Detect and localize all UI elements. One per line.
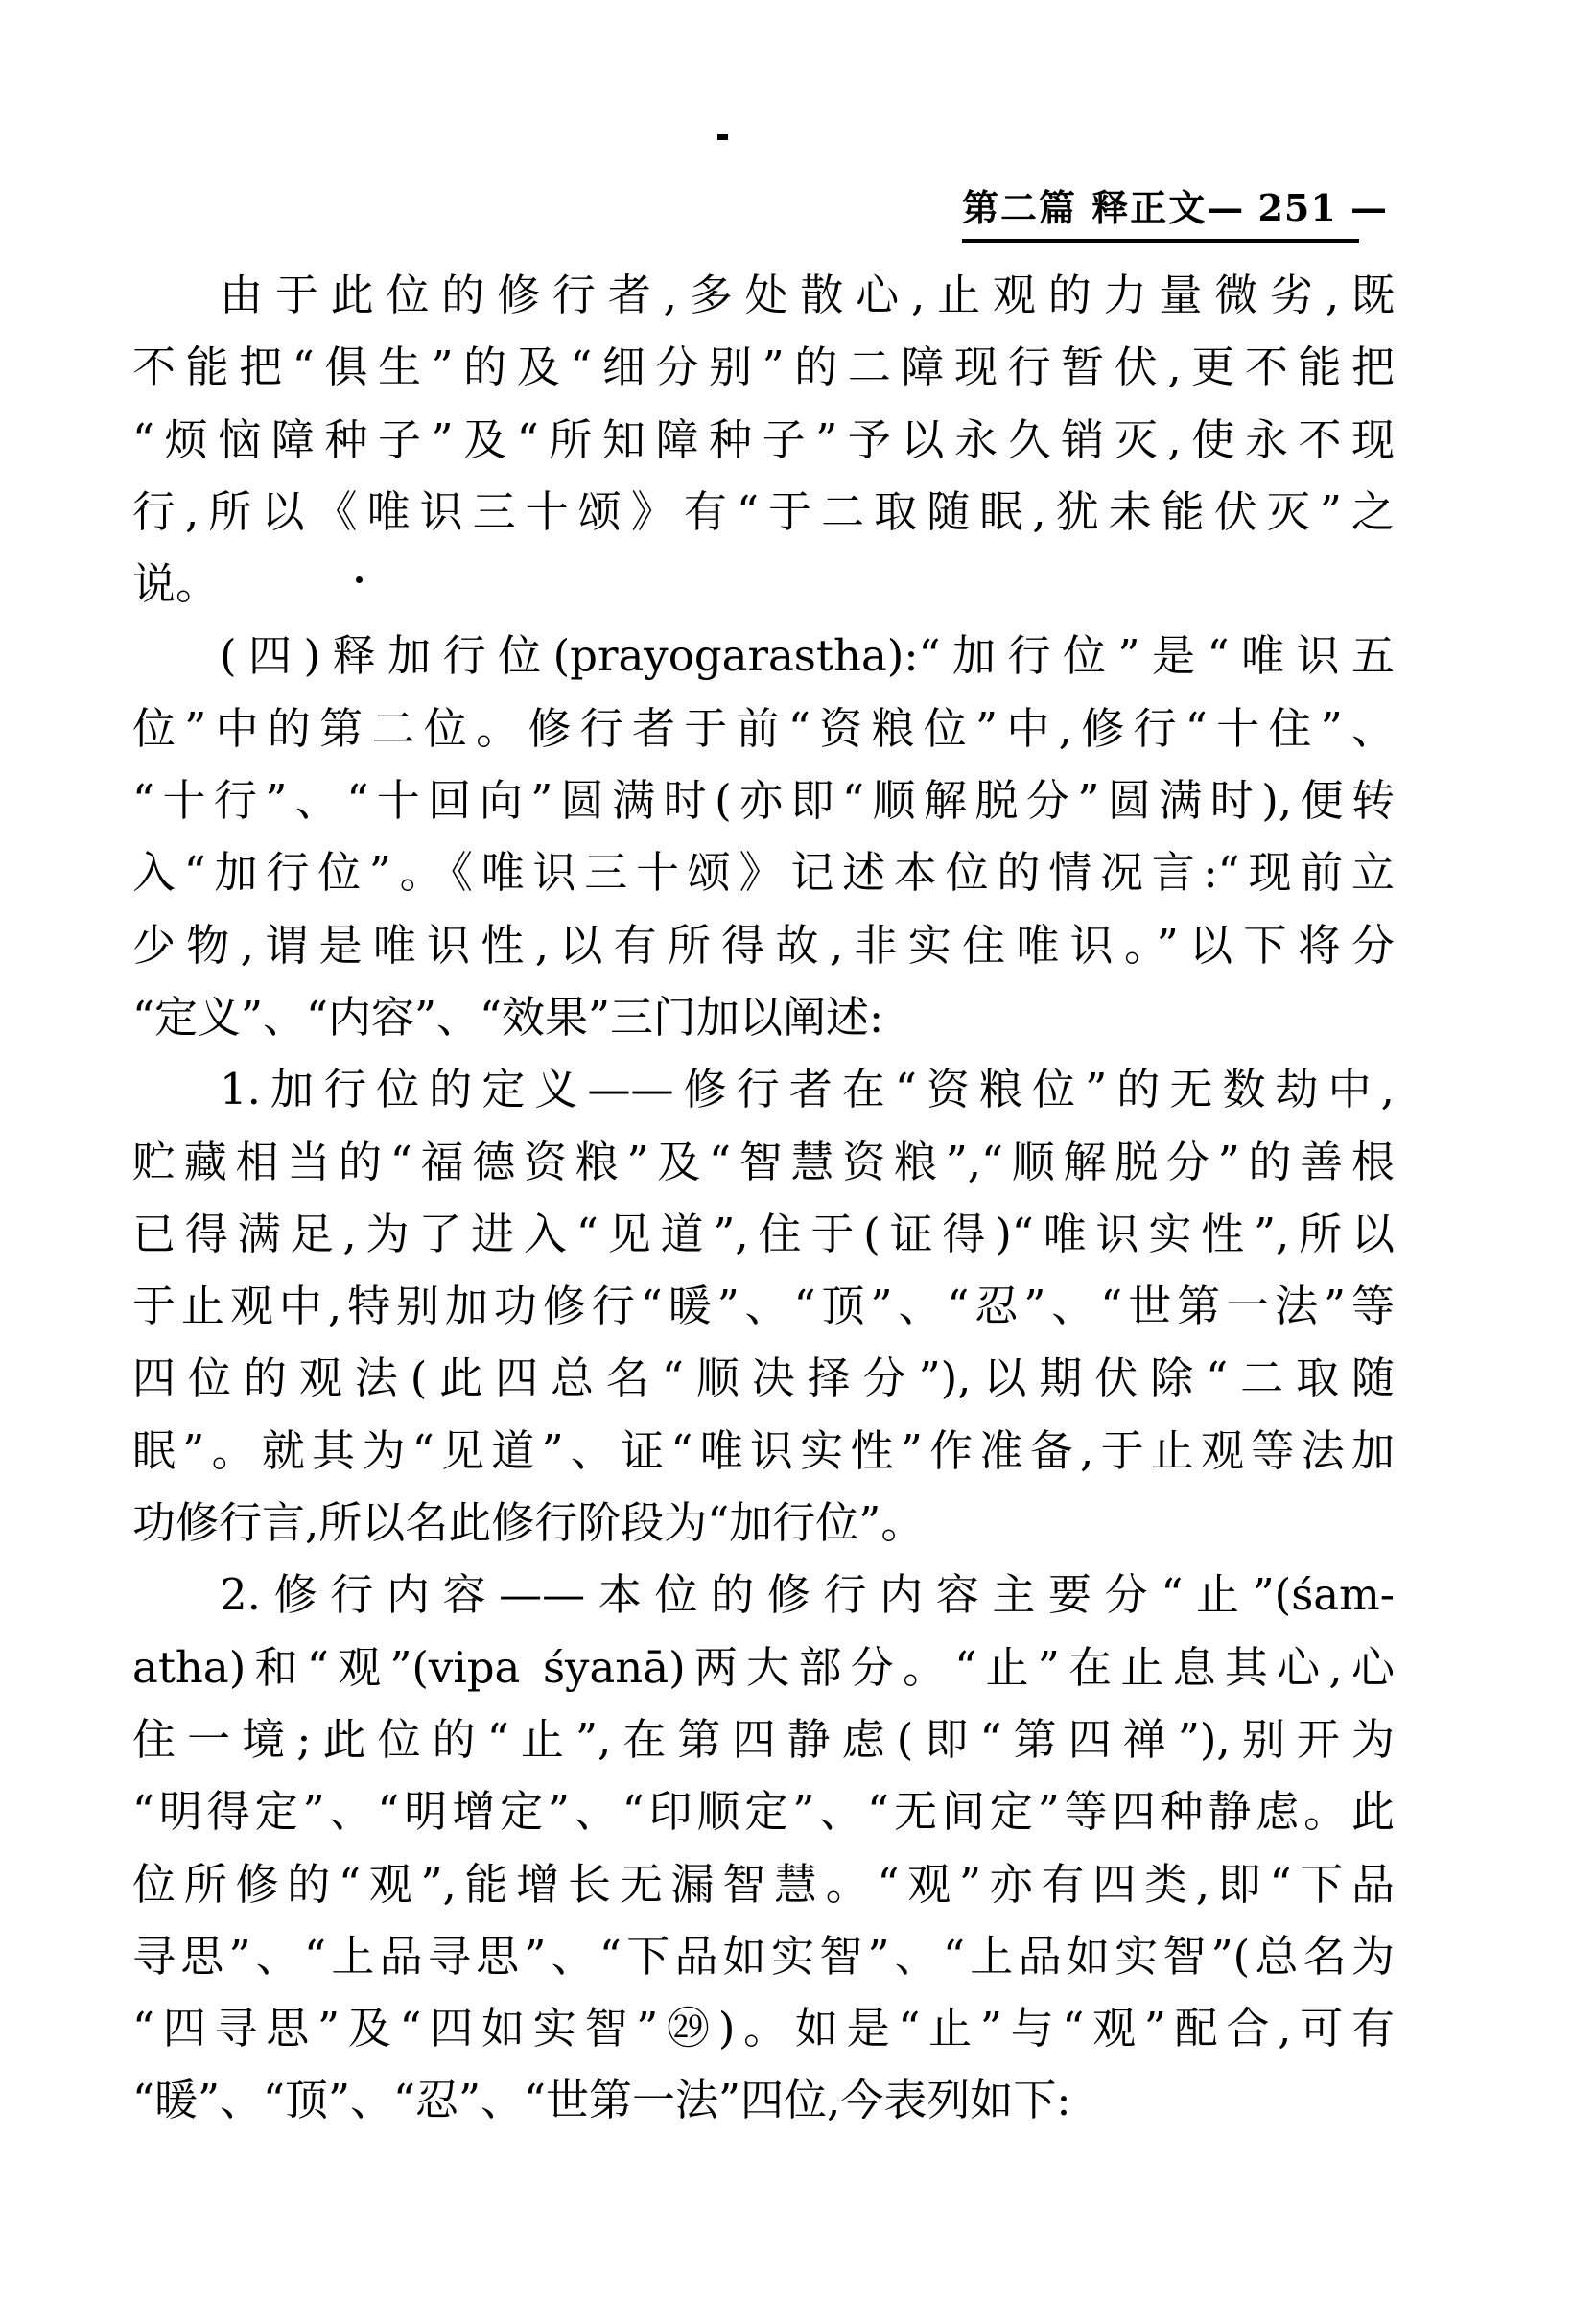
page-header: 第二篇 释正文 — 251 —	[962, 178, 1359, 243]
text-line: 1.加行位的定义——修行者在“资粮位”的无数劫中,	[132, 1053, 1395, 1125]
text-line: “十行”、“十回向”圆满时(亦即“顺解脱分”圆满时),便转	[132, 764, 1395, 836]
text-line: 说。	[132, 548, 1395, 620]
text-line: atha)和“观”(vipa śyanā)两大部分。“止”在止息其心,心	[132, 1632, 1395, 1703]
text-line: 贮藏相当的“福德资粮”及“智慧资粮”,“顺解脱分”的善根	[132, 1126, 1395, 1198]
text-line: 住一境;此位的“止”,在第四静虑(即“第四禅”),别开为	[132, 1703, 1395, 1775]
text-line: 入“加行位”。《唯识三十颂》记述本位的情况言:“现前立	[132, 836, 1395, 908]
text-line: 寻思”、“上品寻思”、“下品如实智”、“上品如实智”(总名为	[132, 1920, 1395, 1992]
text-line: 由于此位的修行者,多处散心,止观的力量微劣,既	[132, 259, 1395, 331]
text-line: 功修行言,所以名此修行阶段为“加行位”。	[132, 1487, 1395, 1559]
page-number: — 251 —	[1207, 186, 1388, 229]
text-line: 少物,谓是唯识性,以有所得故,非实住唯识。”以下将分	[132, 909, 1395, 981]
text-line: “四寻思”及“四如实智”㉙)。如是“止”与“观”配合,可有	[132, 1992, 1395, 2064]
text-line: “定义”、“内容”、“效果”三门加以阐述:	[132, 981, 1395, 1053]
text-line: 已得满足,为了进入“见道”,住于(证得)“唯识实性”,所以	[132, 1198, 1395, 1270]
text-line: 四位的观法(此四总名“顺决择分”),以期伏除“二取随	[132, 1342, 1395, 1414]
text-line: (四)释加行位(prayogarastha):“加行位”是“唯识五	[132, 620, 1395, 692]
text-line: 2.修行内容——本位的修行内容主要分“止”(śam-	[132, 1559, 1395, 1631]
text-line: 位所修的“观”,能增长无漏智慧。“观”亦有四类,即“下品	[132, 1848, 1395, 1920]
text-line: “明得定”、“明增定”、“印顺定”、“无间定”等四种静虑。此	[132, 1775, 1395, 1847]
text-line: 于止观中,特别加功修行“暖”、“顶”、“忍”、“世第一法”等	[132, 1270, 1395, 1342]
text-line: “暖”、“顶”、“忍”、“世第一法”四位,今表列如下:	[132, 2064, 1395, 2136]
text-line: 不能把“俱生”的及“细分别”的二障现行暂伏,更不能把	[132, 331, 1395, 403]
chapter-title: 第二篇 释正文	[962, 178, 1207, 231]
text-line: 位”中的第二位。修行者于前“资粮位”中,修行“十住”、	[132, 693, 1395, 764]
text-line: 眠”。就其为“见道”、证“唯识实性”作准备,于止观等法加	[132, 1415, 1395, 1487]
body-text: 由于此位的修行者,多处散心,止观的力量微劣,既 不能把“俱生”的及“细分别”的二…	[132, 259, 1395, 2137]
scanned-book-page: 第二篇 释正文 — 251 — 由于此位的修行者,多处散心,止观的力量微劣,既 …	[0, 0, 1596, 2301]
text-line: 行,所以《唯识三十颂》有“于二取随眠,犹未能伏灭”之	[132, 476, 1395, 548]
ink-speck	[717, 134, 728, 140]
text-line: “烦恼障种子”及“所知障种子”予以永久销灭,使永不现	[132, 404, 1395, 476]
